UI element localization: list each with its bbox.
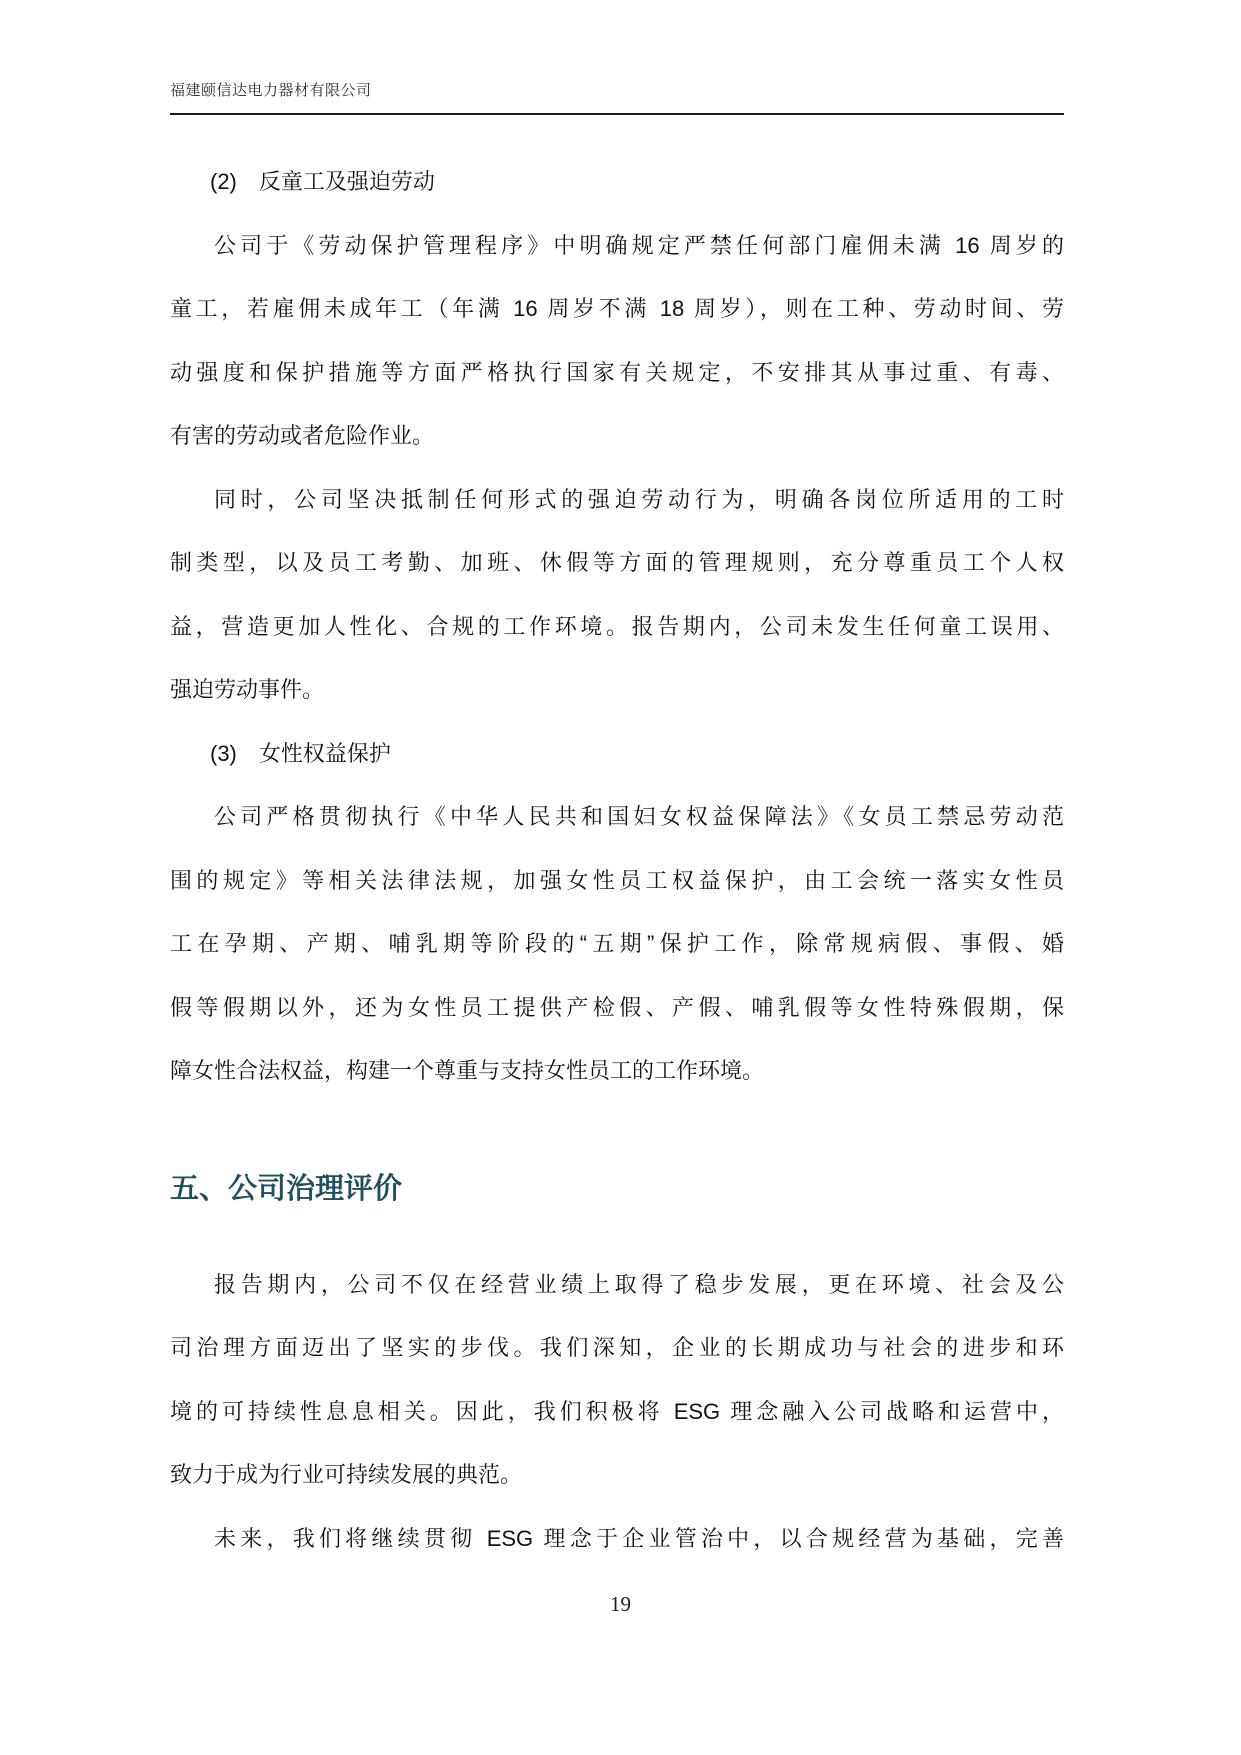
text-line: 有害的劳动或者危险作业。	[170, 404, 1064, 468]
text-line: 工在孕期、产期、哺乳期等阶段的“五期”保护工作，除常规病假、事假、婚	[170, 912, 1064, 976]
text-line: 童工，若雇佣未成年工（年满 16 周岁不满 18 周岁），则在工种、劳动时间、劳	[170, 277, 1064, 341]
text-line: 境的可持续性息息相关。因此，我们积极将 ESG 理念融入公司战略和运营中，	[170, 1380, 1064, 1444]
text-line: 围的规定》等相关法律法规，加强女性员工权益保护，由工会统一落实女性员	[170, 849, 1064, 913]
text-line: 同时，公司坚决抵制任何形式的强迫劳动行为，明确各岗位所适用的工时	[170, 468, 1064, 532]
text-line: 假等假期以外，还为女性员工提供产检假、产假、哺乳假等女性特殊假期，保	[170, 976, 1064, 1040]
text-line: 报告期内，公司不仅在经营业绩上取得了稳步发展，更在环境、社会及公	[170, 1253, 1064, 1317]
text-line: 致力于成为行业可持续发展的典范。	[170, 1443, 1064, 1507]
section-heading: 五、公司治理评价	[170, 1153, 1064, 1225]
page-header: 福建颐信达电力器材有限公司	[170, 80, 1064, 115]
text-line: 益，营造更加人性化、合规的工作环境。报告期内，公司未发生任何童工误用、	[170, 595, 1064, 659]
text-line: 司治理方面迈出了坚实的步伐。我们深知，企业的长期成功与社会的进步和环	[170, 1316, 1064, 1380]
page-number: 19	[610, 1592, 631, 1616]
document-body: (2) 反童工及强迫劳动公司于《劳动保护管理程序》中明确规定严禁任何部门雇佣未满…	[170, 150, 1064, 1570]
text-line: (3) 女性权益保护	[170, 722, 1064, 786]
company-name: 福建颐信达电力器材有限公司	[170, 80, 1064, 115]
text-line: 未来，我们将继续贯彻 ESG 理念于企业管治中，以合规经营为基础，完善	[170, 1507, 1064, 1571]
text-line: 强迫劳动事件。	[170, 658, 1064, 722]
text-line: 公司于《劳动保护管理程序》中明确规定严禁任何部门雇佣未满 16 周岁的	[170, 214, 1064, 278]
text-line: (2) 反童工及强迫劳动	[170, 150, 1064, 214]
text-line: 动强度和保护措施等方面严格执行国家有关规定，不安排其从事过重、有毒、	[170, 341, 1064, 405]
text-line: 制类型，以及员工考勤、加班、休假等方面的管理规则，充分尊重员工个人权	[170, 531, 1064, 595]
page-footer: 19	[0, 1592, 1241, 1617]
text-line: 障女性合法权益，构建一个尊重与支持女性员工的工作环境。	[170, 1039, 1064, 1103]
text-line: 公司严格贯彻执行《中华人民共和国妇女权益保障法》《女员工禁忌劳动范	[170, 785, 1064, 849]
